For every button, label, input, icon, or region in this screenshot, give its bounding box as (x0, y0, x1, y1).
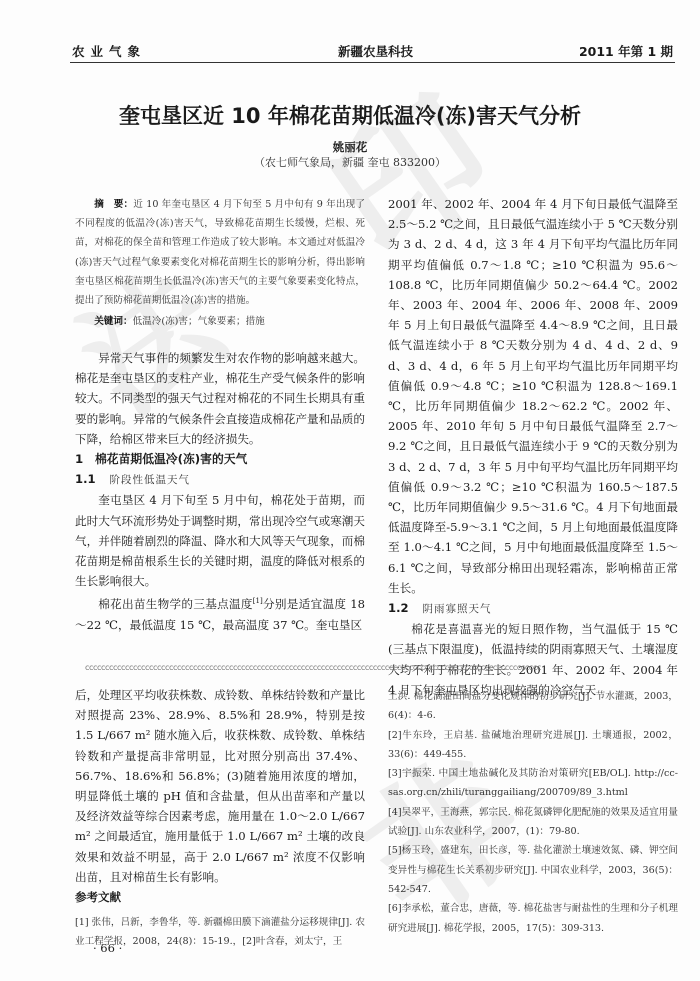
reference-item: [3]宇振荣. 中国土地盐碱化及其防治对策研究[EB/OL]. http://c… (388, 764, 678, 803)
abstract-label: 摘 要： (94, 199, 133, 210)
citation: [1] (253, 597, 263, 605)
reference-item: 土洪. 棉花滴灌田间盐分变化规律的初步研究[J]. 节水灌溉，2003，6(4)… (388, 687, 678, 726)
article-separator: cccccccccccccccccccccccccccccccccccccccc… (85, 664, 700, 672)
header-section: 农业气象 (72, 42, 146, 60)
references-heading: 参考文献 (75, 887, 365, 907)
reference-item: [6]李承松，董合忠，唐薇，等. 棉花盐害与耐盐性的生理和分子机理研究进展[J]… (388, 899, 678, 938)
paragraph: 棉花出苗生物学的三基点温度[1]分别是适宜温度 18～22 ℃，最低温度 15 … (75, 591, 365, 634)
reference-item: [4]吴翠平，王海燕，郭宗民. 棉花氮磷钾化肥配施的效果及适宜用量试验[J]. … (388, 803, 678, 842)
article-affiliation: （农七师气象局，新疆 奎屯 833200） (0, 154, 700, 170)
section-heading-1-1: 1.1阶段性低温天气 (75, 469, 365, 490)
page-number: · 66 · (93, 941, 122, 955)
references-right: 土洪. 棉花滴灌田间盐分变化规律的初步研究[J]. 节水灌溉，2003，6(4)… (388, 687, 678, 938)
keywords-label: 关键词： (94, 316, 132, 327)
left-column: 异常天气事件的频繁发生对农作物的影响越来越大。棉花是奎屯垦区的支柱产业，棉花生产… (75, 348, 365, 635)
paragraph: 奎屯垦区 4 月下旬至 5 月中旬，棉花处于苗期，而此时大气环流形势处于调整时期… (75, 490, 365, 591)
running-header: 农业气象 新疆农垦科技 2011 年第 1 期 (70, 40, 675, 63)
header-issue: 2011 年第 1 期 (579, 42, 673, 60)
header-journal: 新疆农垦科技 (338, 42, 413, 60)
keywords: 低温冷(冻)害；气象要素；措施 (133, 316, 265, 327)
continued-left-column: 后，处理区平均收获株数、成铃数、单株结铃数和产量比对照提高 23%、28.9%、… (75, 685, 365, 907)
article-author: 姚丽花 (0, 139, 700, 155)
abstract-text: 近 10 年奎屯垦区 4 月下旬至 5 月中旬有 9 年出现了不同程度的低温冷(… (75, 199, 365, 306)
section-heading-1-2: 1.2阴雨寡照天气 (388, 598, 678, 619)
intro-paragraph: 异常天气事件的频繁发生对农作物的影响越来越大。棉花是奎屯垦区的支柱产业，棉花生产… (75, 348, 365, 449)
paragraph: 后，处理区平均收获株数、成铃数、单株结铃数和产量比对照提高 23%、28.9%、… (75, 685, 365, 887)
article-title: 奎屯垦区近 10 年棉花苗期低温冷(冻)害天气分析 (0, 100, 700, 130)
paragraph: 2001 年、2002 年、2004 年 4 月下旬日最低气温降至 2.5～5.… (388, 194, 678, 598)
section-heading-1: 1 棉花苗期低温冷(冻)害的天气 (75, 449, 365, 469)
abstract: 摘 要：近 10 年奎屯垦区 4 月下旬至 5 月中旬有 9 年出现了不同程度的… (75, 195, 365, 331)
reference-item: [2]牛东玲，王启基. 盐碱地治理研究进展[J]. 土壤通报，2002，33(6… (388, 726, 678, 765)
reference-item: [5]杨玉玲，盛建东，田长彦，等. 盐化灌淤土壤速效氮、磷、钾空间变异性与棉花生… (388, 841, 678, 899)
right-column: 2001 年、2002 年、2004 年 4 月下旬日最低气温降至 2.5～5.… (388, 194, 678, 700)
